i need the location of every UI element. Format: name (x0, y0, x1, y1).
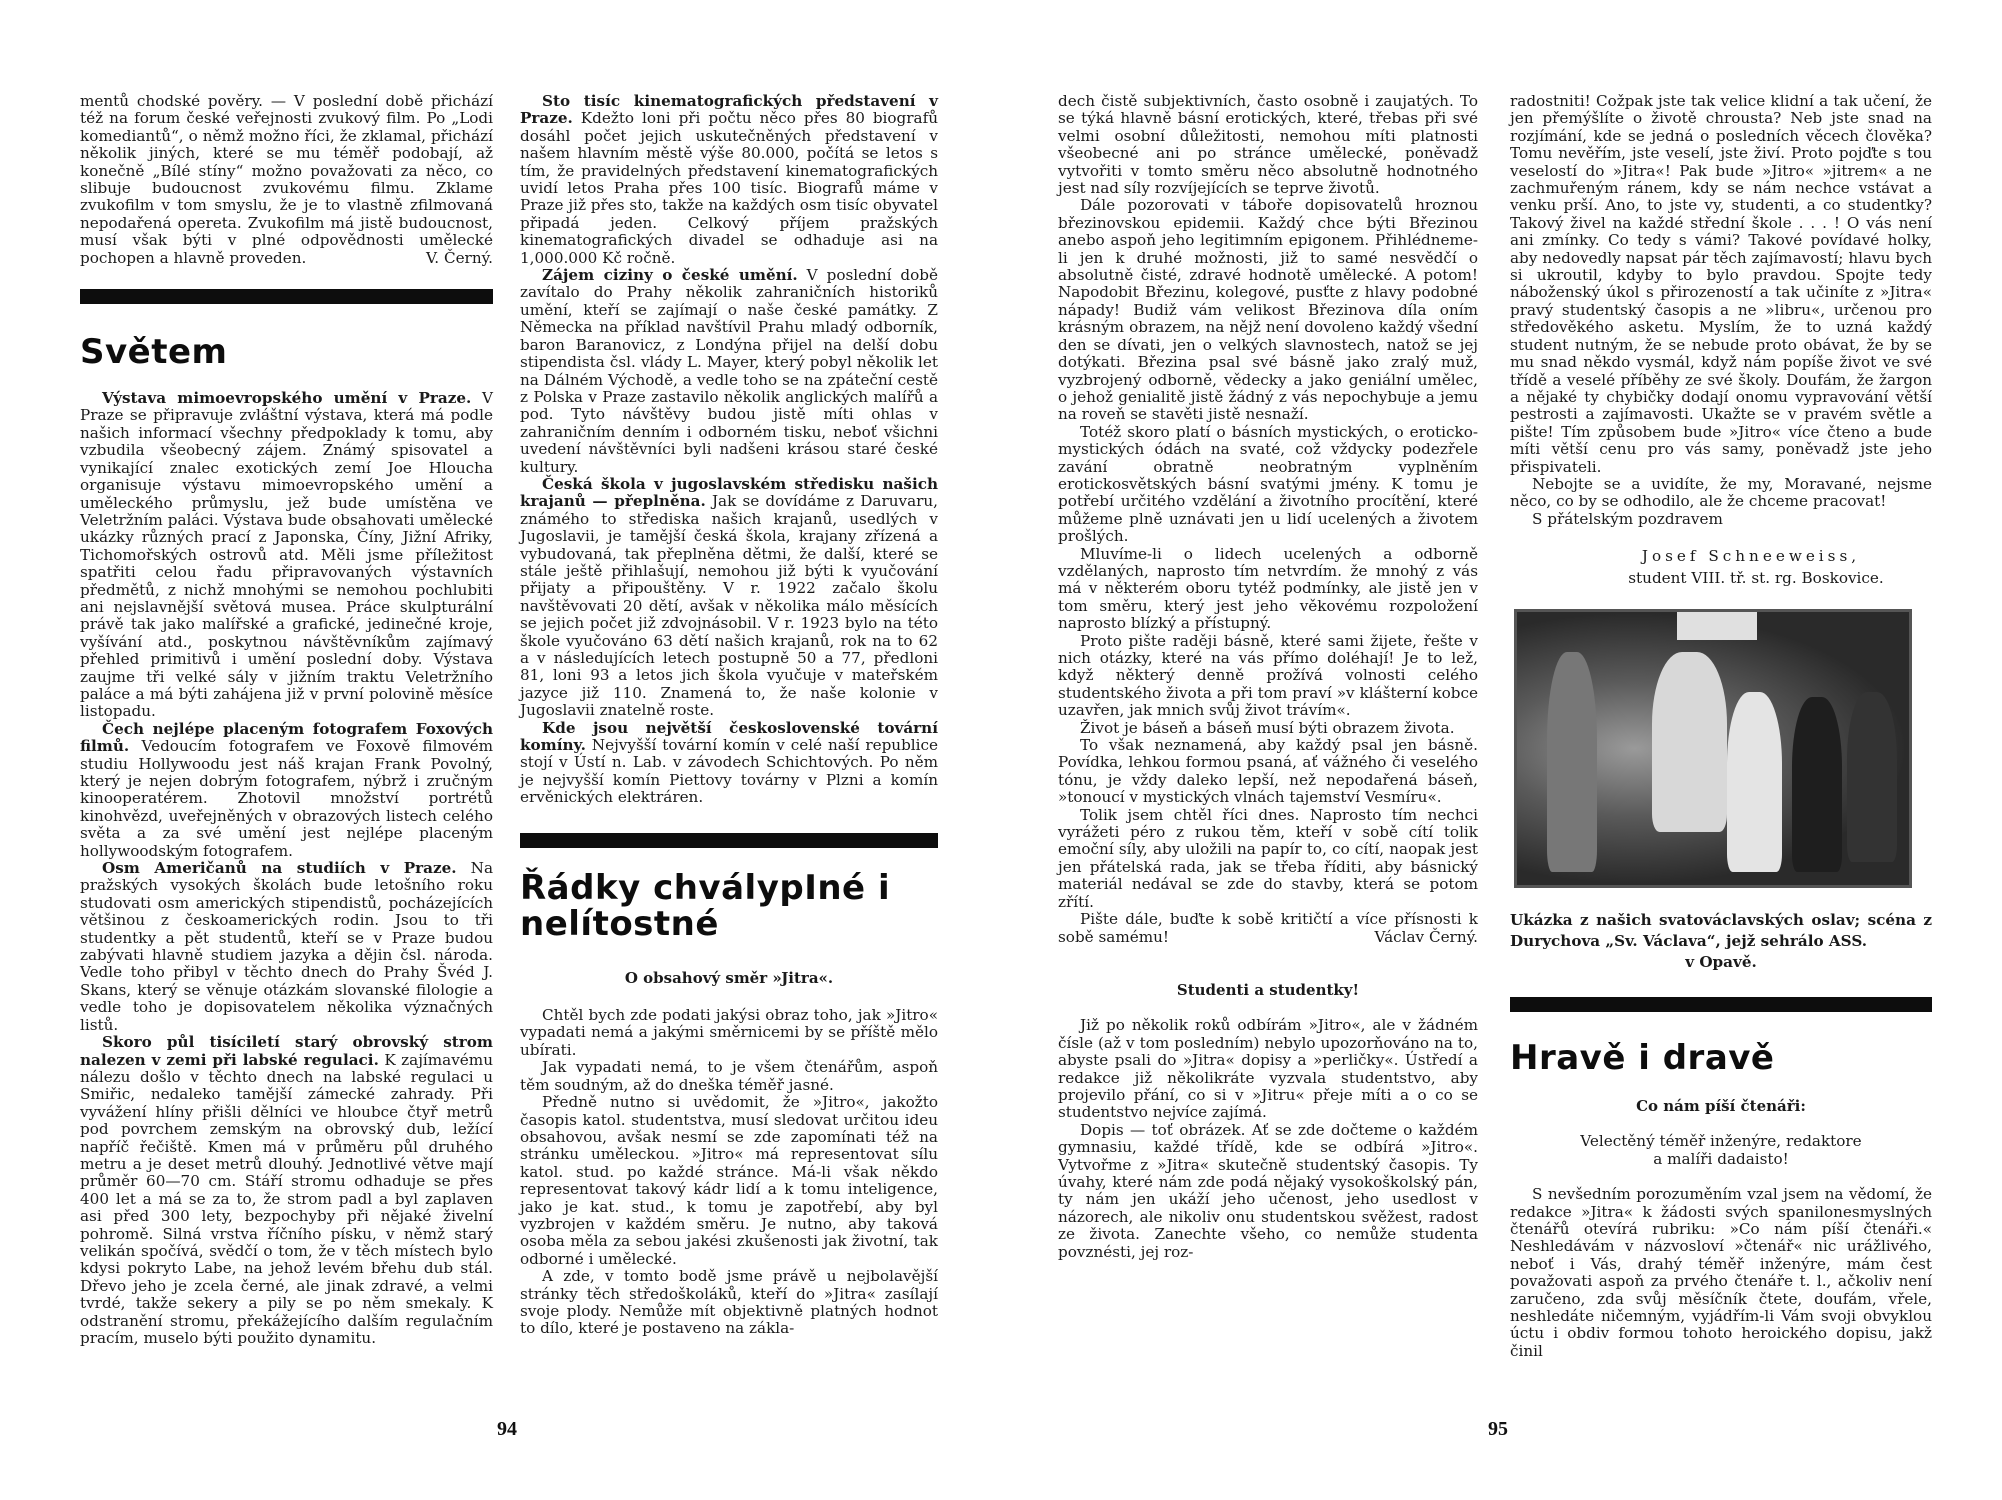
page-number-left: 94 (497, 1418, 517, 1441)
article-paragraph: Chtěl bych zde podati jakýsi obraz toho,… (520, 1007, 938, 1059)
news-item: Osm Američanů na studiích v Praze. Na pr… (80, 860, 493, 1034)
letter-signature-name: Josef Schneeweiss, (1510, 548, 1932, 565)
letter-body: S nevšedním porozuměním vzal jsem na věd… (1510, 1186, 1932, 1360)
section-heading-svetem: Světem (80, 334, 493, 370)
article-paragraph: To však neznamená, aby každý psal jen bá… (1058, 737, 1478, 807)
photo-caption: Ukázka z našich svatováclavských oslav; … (1510, 910, 1932, 973)
theatre-scene-photo (1514, 609, 1912, 888)
left-page-column-2: Sto tisíc kinematografických představení… (520, 93, 938, 1338)
article-heading: Řádky chválypIné i nelítostné (520, 870, 938, 942)
right-page-column-4: radostniti! Cožpak jste tak velice klidn… (1510, 93, 1932, 1360)
letter-paragraph: Nebojte se a uvidíte, že my, Moravané, n… (1510, 476, 1932, 511)
letter-paragraph: radostniti! Cožpak jste tak velice klidn… (1510, 93, 1932, 476)
right-page-column-3: dech čistě subjektivních, často osobně i… (1058, 93, 1478, 1261)
reader-letters-subheading: Co nám píší čtenáři: (1510, 1098, 1932, 1115)
news-item: Výstava mimoevropského umění v Praze. V … (80, 390, 493, 721)
page-number-right: 95 (1488, 1418, 1508, 1441)
article-paragraph: Totéž skoro platí o básních mystických, … (1058, 424, 1478, 546)
article-paragraph: Život je báseň a báseň musí býti obrazem… (1058, 720, 1478, 737)
article-paragraph: A zde, v tomto bodě jsme právě u nejbola… (520, 1268, 938, 1338)
news-item: Česká škola v jugoslavském středisku naš… (520, 476, 938, 720)
letter-heading: Studenti a studentky! (1058, 982, 1478, 999)
magazine-spread: mentů chodské pověry. — V poslední době … (0, 0, 2002, 1500)
letter-paragraph: Dopis — toť obrázek. Ať se zde dočteme o… (1058, 1122, 1478, 1261)
article-paragraph: Jak vypadati nemá, to je všem čtenářům, … (520, 1059, 938, 1094)
article-paragraph: Mluvíme-li o lidech ucelených a odborně … (1058, 546, 1478, 633)
article-paragraph: Tolik jsem chtěl říci dnes. Naprosto tím… (1058, 807, 1478, 911)
letter-closing: S přátelským pozdravem (1510, 511, 1932, 528)
news-item: Zájem ciziny o české umění. V poslední d… (520, 267, 938, 476)
left-page-column-1: mentů chodské pověry. — V poslední době … (80, 93, 493, 1347)
section-divider (1510, 997, 1932, 1012)
author-signature: Václav Černý. (1353, 929, 1479, 946)
article-paragraph: Proto pište raději básně, které sami žij… (1058, 633, 1478, 720)
article-paragraph: Předně nutno si uvědomit, že »Jitro«, ja… (520, 1094, 938, 1268)
news-item: Kde jsou největší československé tovární… (520, 720, 938, 807)
news-item-title: Výstava mimoevropského umění v Praze. (102, 389, 471, 407)
letter-salutation-2: a malíři dadaisto! (1510, 1151, 1932, 1168)
letter-paragraph: Již po několik roků odbírám »Jitro«, ale… (1058, 1017, 1478, 1121)
news-item-title: Zájem ciziny o české umění. (542, 266, 798, 284)
article-paragraph: Dále pozorovati v táboře dopisovatelů hr… (1058, 197, 1478, 423)
news-item-title: Osm Američanů na studiích v Praze. (102, 859, 457, 877)
news-item: Sto tisíc kinematografických představení… (520, 93, 938, 267)
letter-signature-role: student VIII. tř. st. rg. Boskovice. (1510, 570, 1932, 587)
section-heading-hrave-i-drave: Hravě i dravě (1510, 1040, 1932, 1076)
article-paragraph: Pište dále, buďte k sobě kritičtí a více… (1058, 911, 1478, 946)
letter-salutation-1: Velectěný téměř inženýre, redaktore (1510, 1133, 1932, 1150)
article-subheading: O obsahový směr »Jitra«. (520, 970, 938, 987)
section-divider (520, 833, 938, 848)
section-divider (80, 289, 493, 304)
article-paragraph: dech čistě subjektivních, často osobně i… (1058, 93, 1478, 197)
news-item: Čech nejlépe placeným fotografem Foxovýc… (80, 721, 493, 860)
news-item: Skoro půl tisíciletí starý obrovský stro… (80, 1034, 493, 1347)
film-article-ending: mentů chodské pověry. — V poslední době … (80, 93, 493, 267)
author-signature: V. Černý. (426, 250, 493, 267)
